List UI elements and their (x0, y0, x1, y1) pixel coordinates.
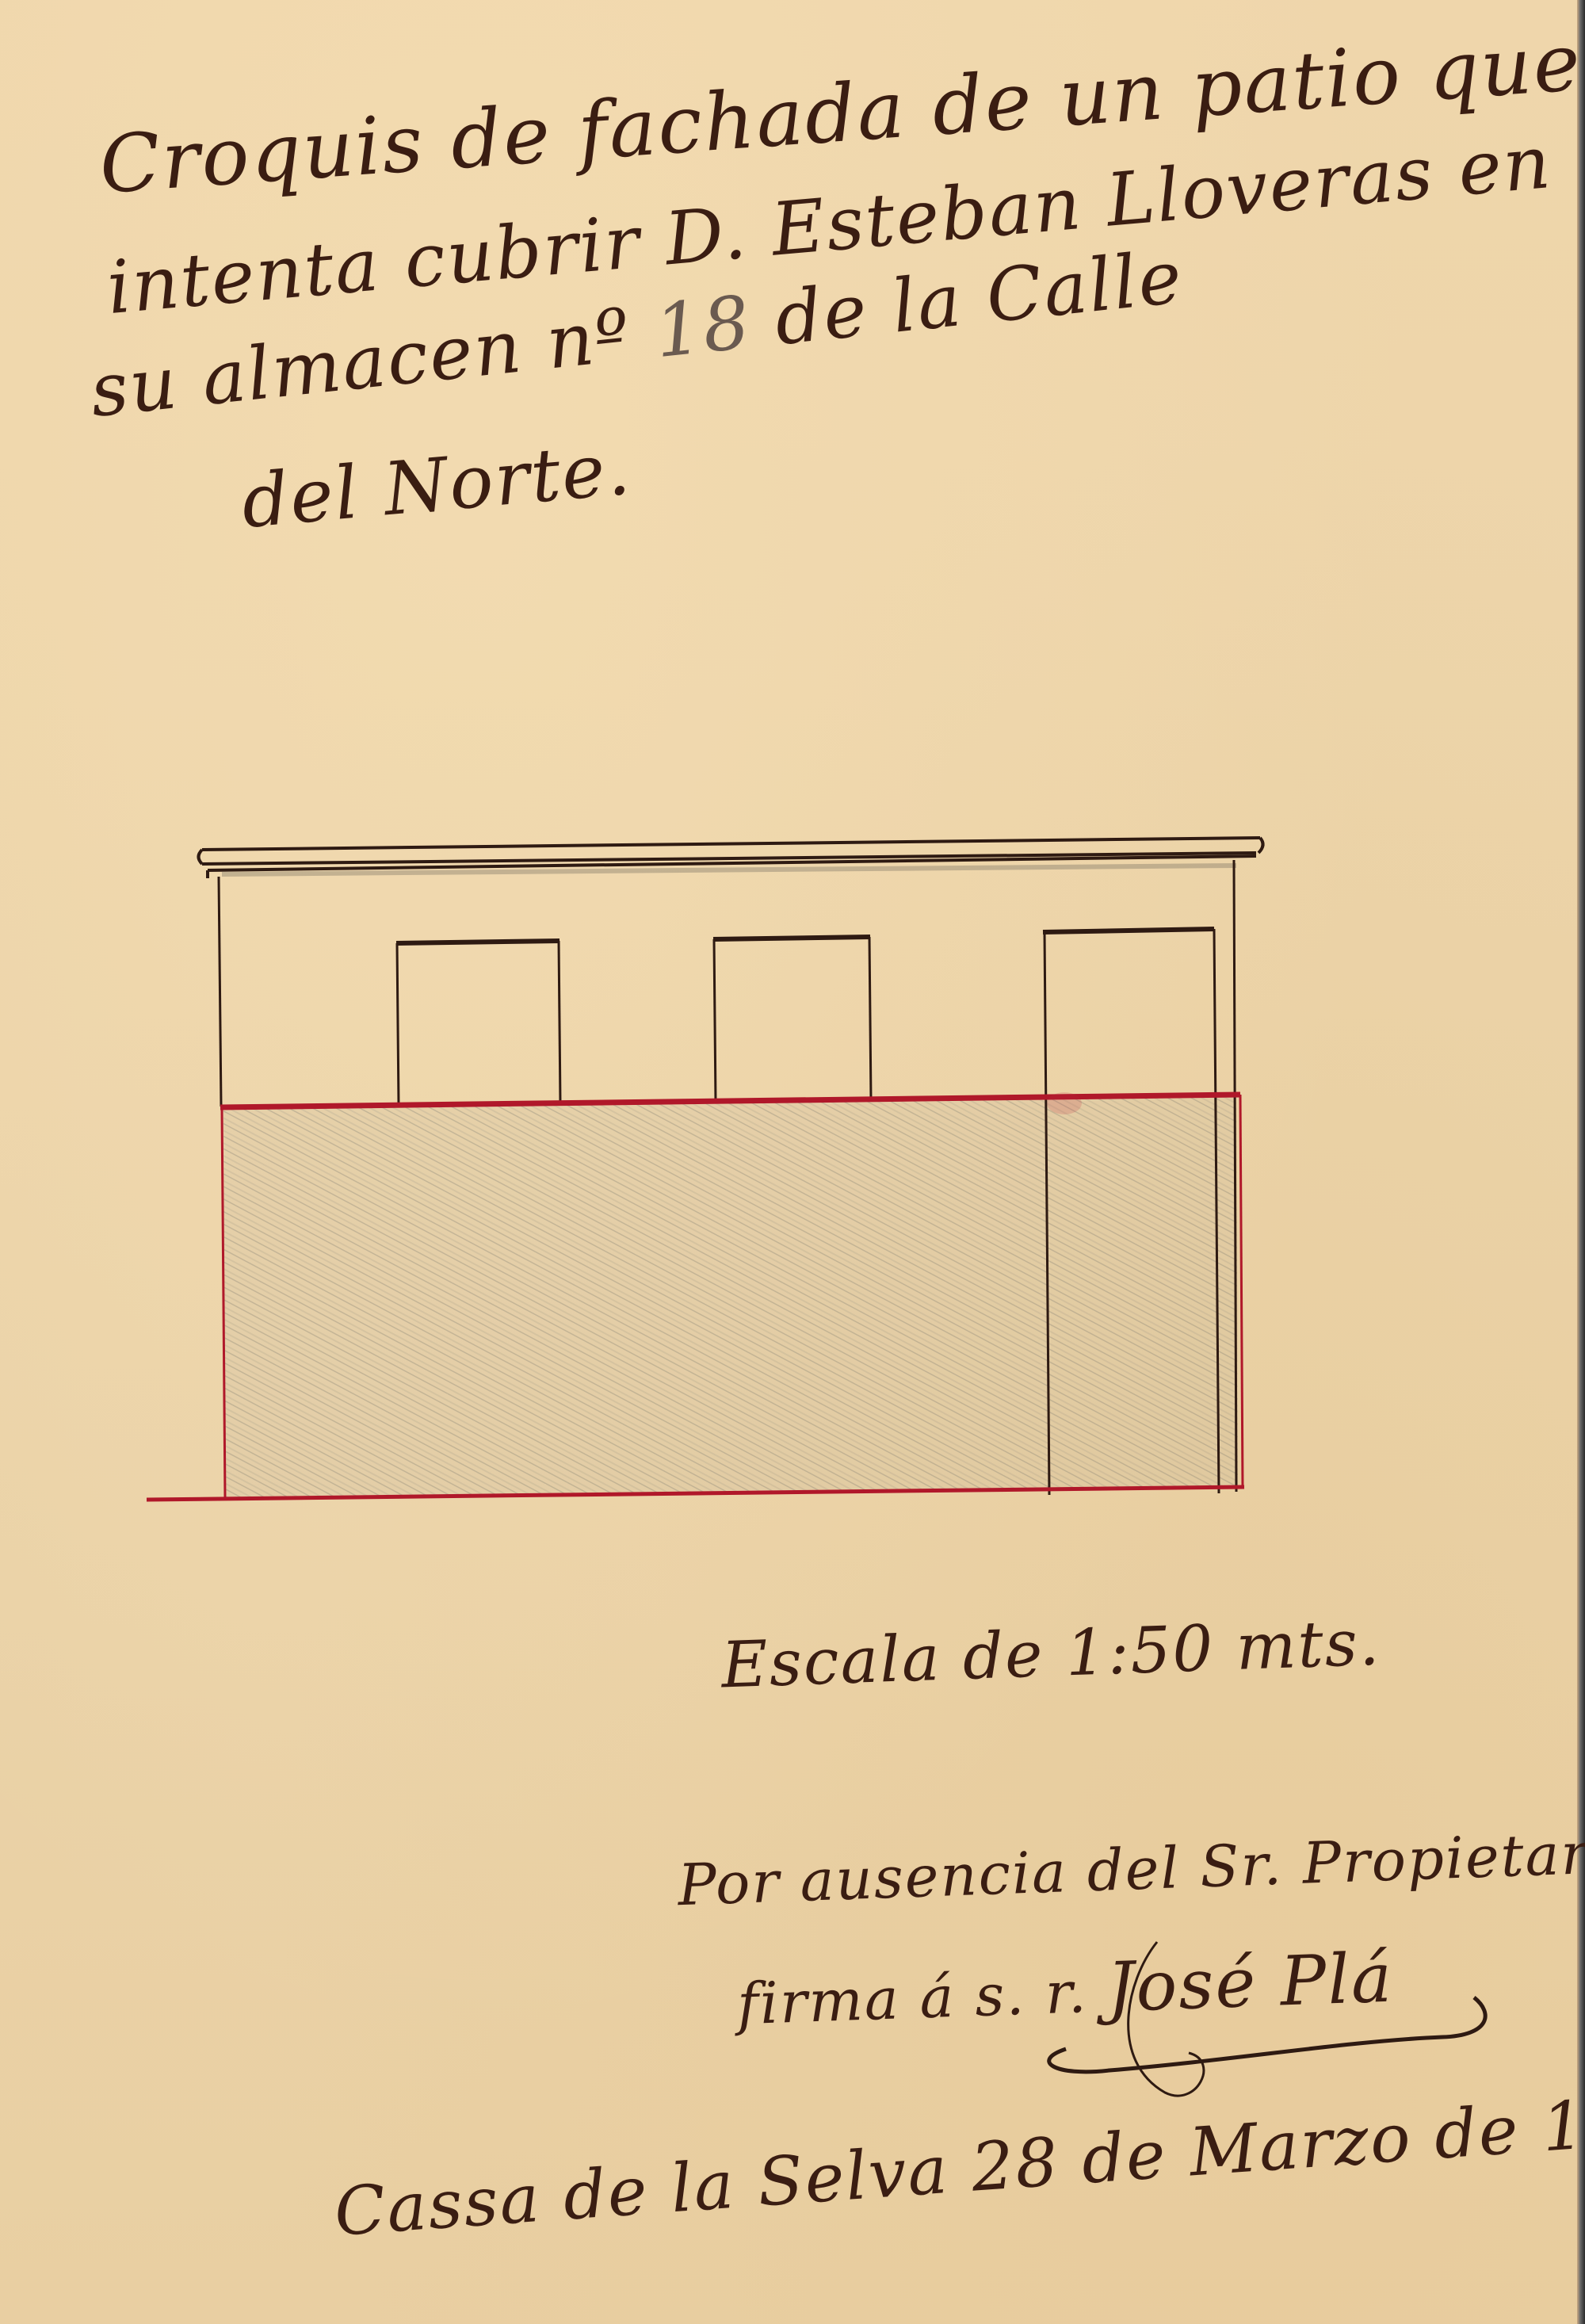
signature-flourish (0, 0, 1585, 2324)
